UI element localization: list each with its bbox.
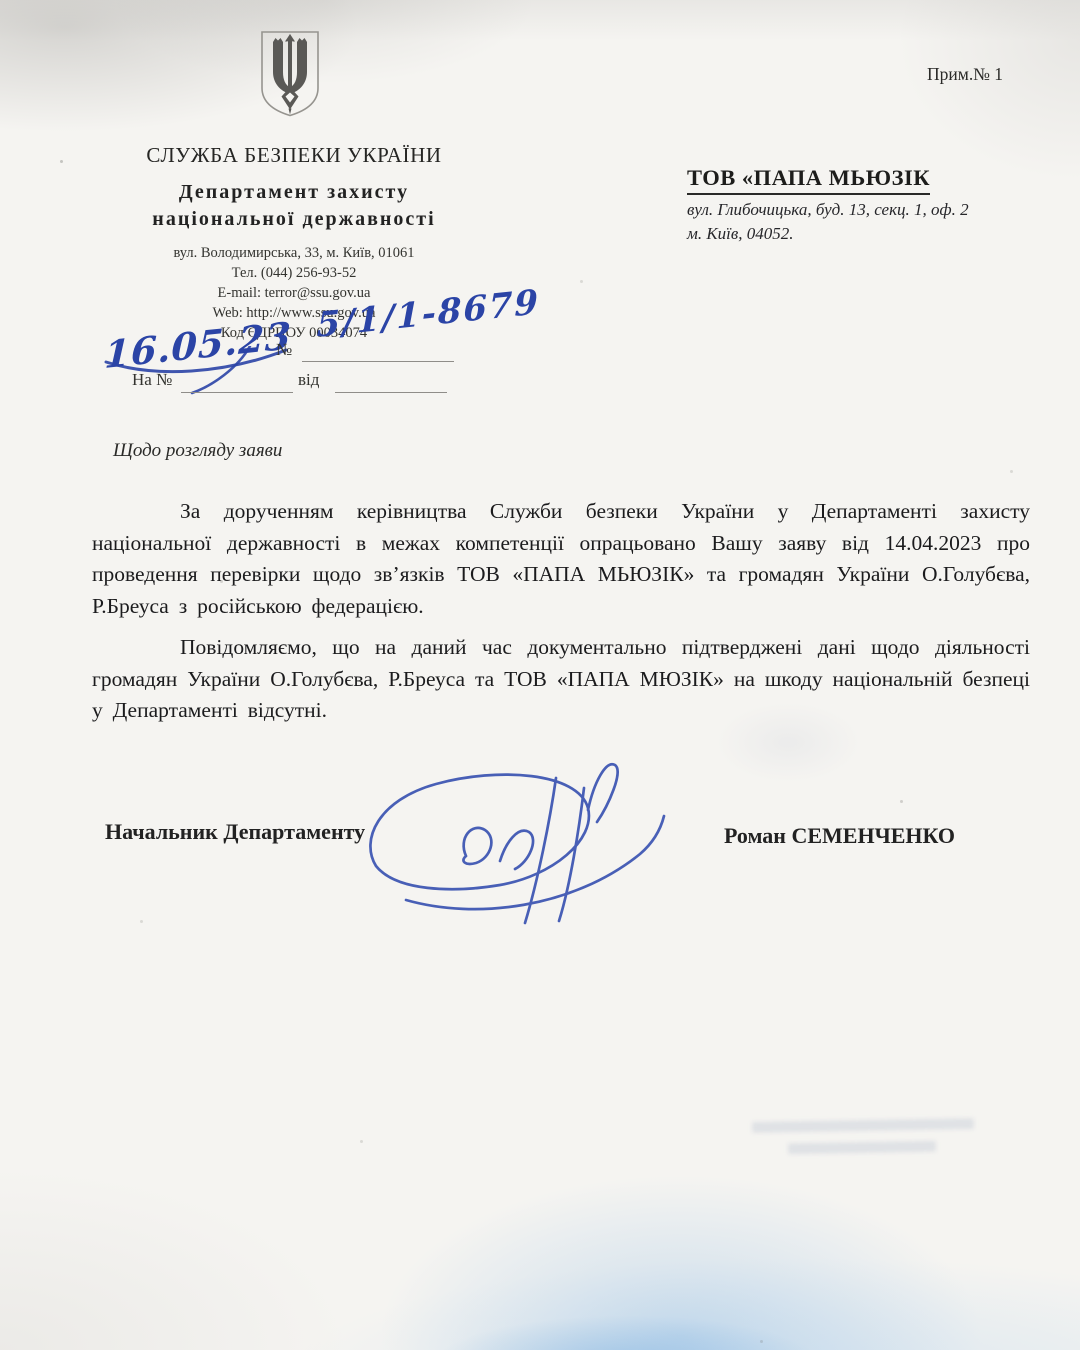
recipient-company-name: ТОВ «ПАПА МЬЮЗІК [687,165,930,195]
bleed-through-smudge [752,1118,974,1133]
body-paragraph-2: Повідомляємо, що на даний час документал… [92,632,1030,727]
number-blank-line [302,361,454,362]
reply-from-label: від [298,370,319,390]
reply-to-number-label: На № [132,370,172,390]
signatory-name: Роман СЕМЕНЧЕНКО [724,823,955,849]
ukraine-trident-emblem-icon [258,30,322,118]
reply-date-blank-line [335,392,447,393]
number-label: № [276,340,292,360]
handwritten-underline-stroke [100,346,295,404]
handwritten-signature [348,758,698,936]
bleed-through-smudge [788,1141,936,1155]
recipient-address-line1: вул. Глибочицька, буд. 13, секц. 1, оф. … [687,200,969,220]
body-paragraph-1: За дорученням керівництва Служби безпеки… [92,496,1030,622]
recipient-address-line2: м. Київ, 04052. [687,224,794,244]
subject-line: Щодо розгляду заяви [113,440,282,462]
department-name-line2: національної державності [0,208,588,231]
department-name-line1: Департамент захисту [0,181,588,204]
letter-body: За дорученням керівництва Служби безпеки… [92,496,1030,737]
scanned-letter-page: СЛУЖБА БЕЗПЕКИ УКРАЇНИ Департамент захис… [0,0,1080,1350]
letterhead-phone: Тел. (044) 256-93-52 [0,263,588,283]
copy-number-label: Прим.№ 1 [927,64,1003,85]
reply-number-blank-line [181,392,293,393]
organization-name: СЛУЖБА БЕЗПЕКИ УКРАЇНИ [0,143,588,168]
letterhead-address: вул. Володимирська, 33, м. Київ, 01061 [0,243,588,263]
scan-noise-specks [60,160,63,163]
signatory-title: Начальник Департаменту [105,819,365,845]
